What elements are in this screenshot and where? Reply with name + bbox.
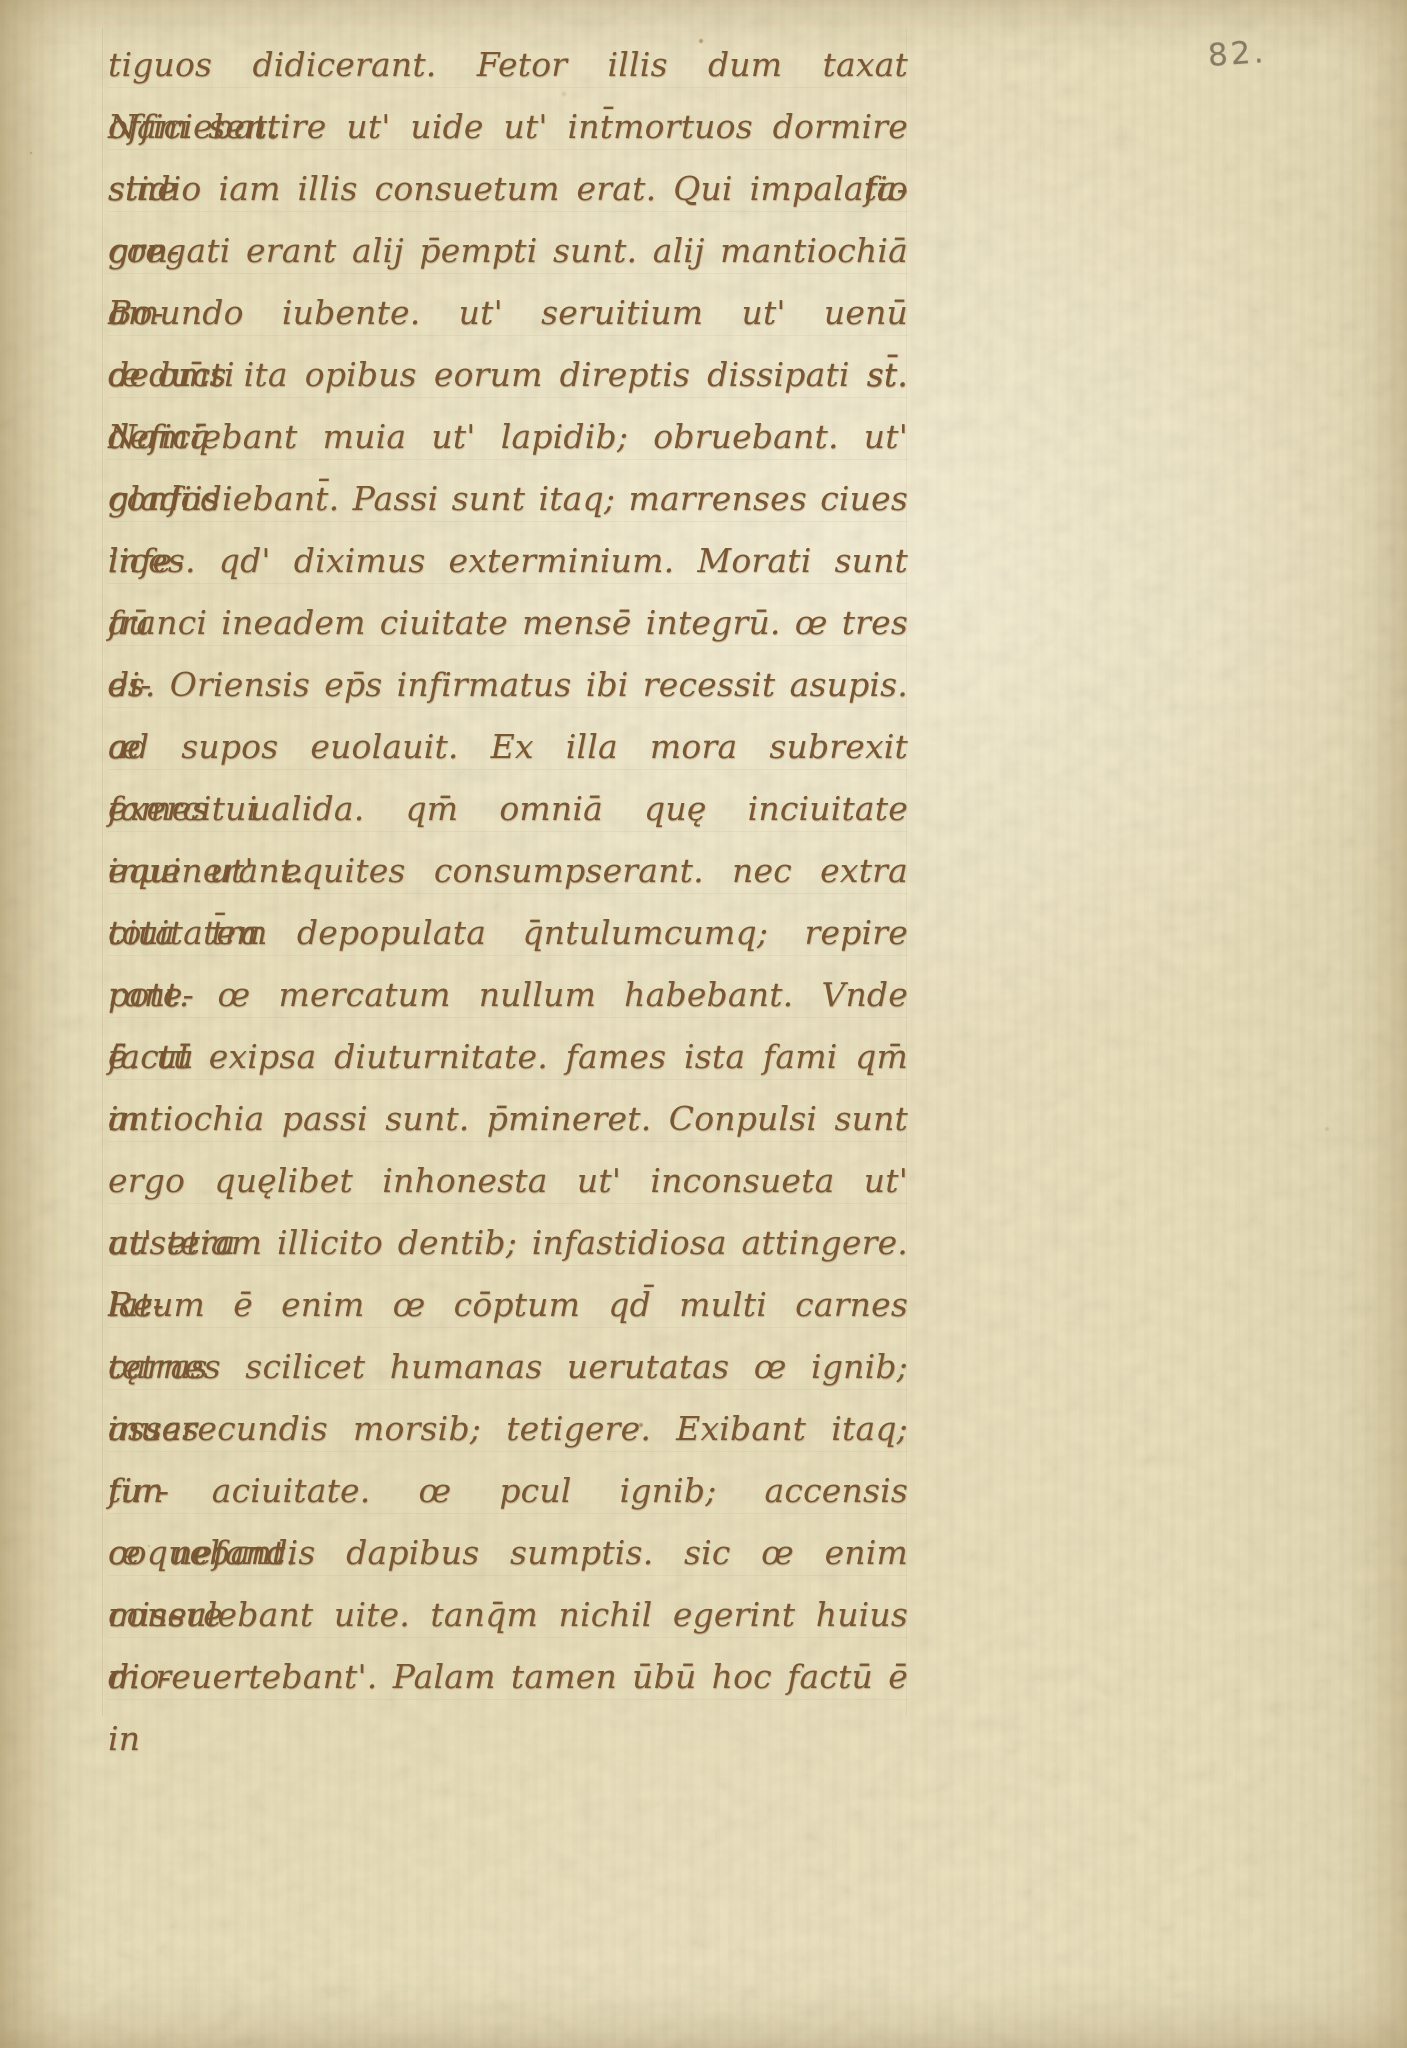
manuscript-line: stidio iam illis consuetum erat. Qui imp… — [108, 158, 908, 220]
folio-number: 82. — [1207, 34, 1268, 74]
manuscript-line: ergo quęlibet inhonesta ut' inconsueta u… — [108, 1150, 908, 1212]
manuscript-line: ad supos euolauit. Ex illa mora subrexit… — [108, 716, 908, 778]
manuscript-line: di reuertebant'. Palam tamen ūbū hoc fac… — [108, 1646, 908, 1708]
manuscript-line: equi ut' equites consumpserant. nec extr… — [108, 840, 908, 902]
manuscript-line: amundo iubente. ut' seruitium ut' uenū d… — [108, 282, 908, 344]
manuscript-line: tim aciuitate. œ pcul ignib; accensis co… — [108, 1460, 908, 1522]
text-block: tiguos didicerant. Fetor illis dum taxat… — [108, 34, 908, 1708]
manuscript-line: carnes scilicet humanas uerutatas œ igni… — [108, 1336, 908, 1398]
manuscript-line: deficiebant muia ut' lapidib; obruebant.… — [108, 406, 908, 468]
manuscript-line: consulebant uite. tanq̄m nichil egerint … — [108, 1584, 908, 1646]
margin-rule-left — [102, 28, 103, 1716]
manuscript-line: franci ineadem ciuitate mensē integrū. œ… — [108, 592, 908, 654]
manuscript-line: ut' etiam illicito dentib; infastidiosa … — [108, 1212, 908, 1274]
manuscript-line: antiochia passi sunt. p̄mineret. Conpuls… — [108, 1088, 908, 1150]
manuscript-line: lices. qd' diximus exterminium. Morati s… — [108, 530, 908, 592]
manuscript-line: ē. ut exipsa diuturnitate. fames ista fa… — [108, 1026, 908, 1088]
manuscript-line: œ om̄s ita opibus eorum direptis dissipa… — [108, 344, 908, 406]
manuscript-line: gregati erant alij p̄empti sunt. alij ma… — [108, 220, 908, 282]
manuscript-line: tota t̄ra depopulata q̄ntulumcumq; repir… — [108, 902, 908, 964]
manuscript-line: latum ē enim œ cōptum qd̄ multi carnes t… — [108, 1274, 908, 1336]
manuscript-line: Nam sentire ut' uide ut' int̄mortuos dor… — [108, 96, 908, 158]
manuscript-line: rant. œ mercatum nullum habebant. Vnde f… — [108, 964, 908, 1026]
manuscript-line: inuerecundis morsib; tetigere. Exibant i… — [108, 1398, 908, 1460]
manuscript-line: œ nefandis dapibus sumptis. sic œ enim m… — [108, 1522, 908, 1584]
manuscript-line: tiguos didicerant. Fetor illis dum taxat… — [108, 34, 908, 96]
manuscript-line: fames ualida. qm̄ omniā quę inciuitate i… — [108, 778, 908, 840]
manuscript-page: 82. tiguos didicerant. Fetor illis dum t… — [0, 0, 1407, 2048]
parchment-specks — [0, 0, 2, 2]
manuscript-line: es. Oriensis ep̄s infirmatus ibi recessi… — [108, 654, 908, 716]
manuscript-line: confodiebant̄. Passi sunt itaq; marrense… — [108, 468, 908, 530]
